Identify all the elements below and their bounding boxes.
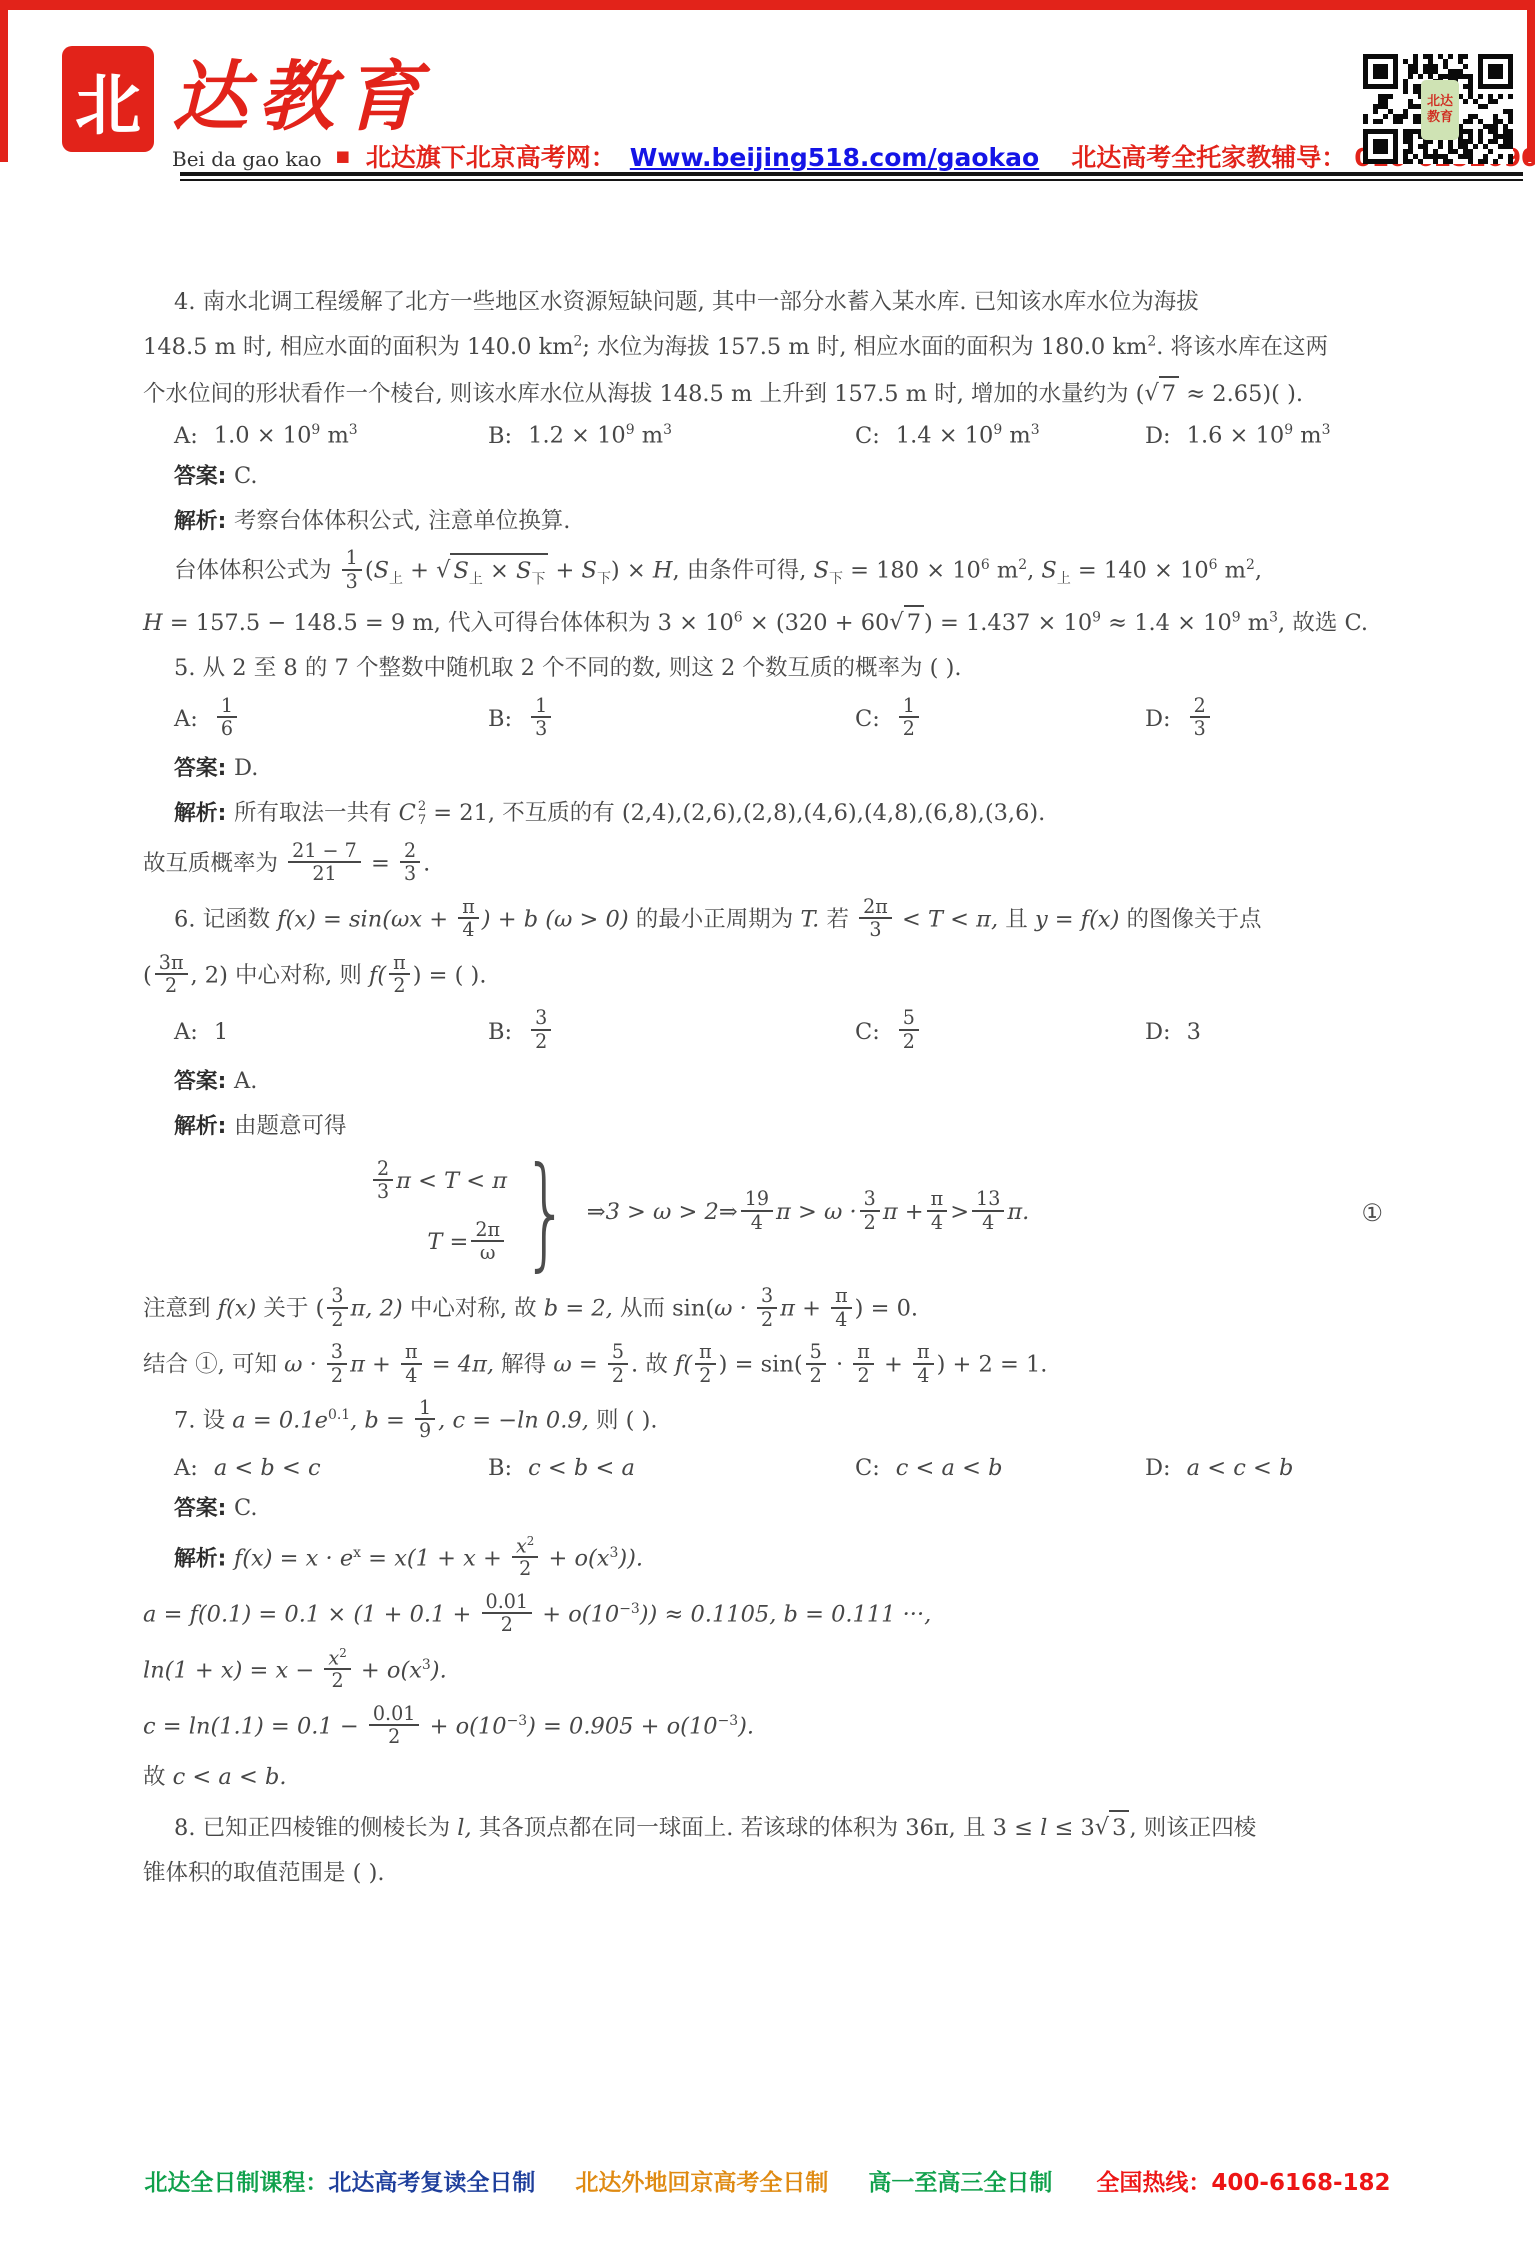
- superscript: −3: [718, 1713, 739, 1729]
- subscript: 下: [597, 571, 611, 587]
- fraction: π2: [695, 1341, 716, 1386]
- fraction-numerator: 1: [531, 695, 551, 718]
- fraction-denominator: 2: [384, 1726, 404, 1747]
- fraction: π4: [458, 896, 479, 941]
- text-run: 7. 设: [174, 1407, 232, 1433]
- page: { "header": { "logo_seal_char": "北", "lo…: [0, 0, 1535, 2244]
- math-run: S: [1041, 558, 1056, 584]
- content-line: 结合 ①, 可知 ω · 32π + π4 = 4π, 解得 ω = 52. 故…: [143, 1343, 1411, 1388]
- superscript: 2: [1246, 557, 1255, 573]
- fraction: π2: [853, 1341, 874, 1386]
- superscript: 2: [418, 800, 426, 814]
- text-run: = 21, 不互质的有 (2,4),(2,6),(2,8),(4,6),(4,8…: [426, 800, 1045, 826]
- math-run: ).: [431, 1657, 447, 1683]
- content-line: 148.5 m 时, 相应水面的面积为 140.0 km2; 水位为海拔 157…: [143, 331, 1411, 365]
- math-run: π.: [1007, 1196, 1029, 1230]
- fraction: 23: [373, 1158, 393, 1203]
- text-run: 1.4 × 10: [896, 423, 994, 449]
- sup-sub-stack: 27: [418, 800, 426, 829]
- math-run: )) ≈ 0.1105, b = 0.111 ···,: [640, 1601, 931, 1627]
- option-label: D:: [1145, 706, 1171, 732]
- fraction-numerator: 3π: [155, 952, 188, 975]
- content-line: 答案: D.: [143, 752, 1411, 786]
- math-run: ) = 0.905 + o(10: [527, 1713, 717, 1739]
- text-run: = 157.5 − 148.5 = 9 m, 代入可得台体体积为 3 × 10: [163, 610, 734, 636]
- text-run: = 180 × 10: [843, 558, 981, 584]
- right-brace-icon: }: [523, 1158, 570, 1268]
- option-value: 32: [528, 1009, 554, 1054]
- content-line: 8. 已知正四棱锥的侧棱长为 l, 其各顶点都在同一球面上. 若该球的体积为 3…: [143, 1810, 1411, 1846]
- fraction-numerator: 3: [327, 1285, 347, 1308]
- fraction-denominator: 2: [161, 975, 181, 996]
- combination-symbol: C27: [399, 797, 427, 831]
- bold-label: 解析:: [174, 1546, 234, 1571]
- text-run: . 故: [631, 1352, 675, 1378]
- fraction: 16: [217, 695, 237, 740]
- fraction-numerator: 3: [327, 1341, 347, 1364]
- bold-label: 解析:: [174, 509, 234, 534]
- math-run: S: [374, 558, 389, 584]
- option-label: C:: [855, 423, 880, 449]
- fraction-denominator: 4: [747, 1212, 767, 1233]
- superscript: 9: [311, 422, 320, 438]
- option-value: 3: [1187, 1019, 1201, 1045]
- fraction-numerator: x2: [512, 1535, 538, 1559]
- text-run: +: [548, 558, 581, 584]
- math-run: x: [516, 1534, 527, 1557]
- fraction-denominator: 2: [608, 1365, 628, 1386]
- text-run: A.: [234, 1068, 257, 1094]
- text-run: 7: [907, 610, 921, 636]
- tagline-tutoring: 北达高考全托家教辅导：: [1071, 138, 1346, 174]
- content-line: a = f(0.1) = 0.1 × (1 + 0.1 + 0.012 + o(…: [143, 1593, 1411, 1638]
- text-run: 148.5 m 时, 相应水面的面积为 140.0 km: [143, 334, 574, 360]
- text-run: m: [1218, 558, 1247, 584]
- text-run: 的最小正周期为: [629, 906, 801, 932]
- text-run: ≈ 1.4 × 10: [1101, 610, 1232, 636]
- bold-label: 答案:: [174, 1496, 234, 1521]
- fraction: 32: [327, 1285, 347, 1330]
- text-run: ) = 1.437 × 10: [924, 610, 1092, 636]
- footer-segment: 全国热线：400-6168-182: [1096, 2164, 1390, 2197]
- superscript: −3: [619, 1601, 640, 1617]
- math-run: + o(x: [541, 1545, 609, 1571]
- text-run: 其各顶点都在同一球面上. 若该球的体积为 36π, 且 3 ≤: [472, 1815, 1040, 1841]
- math-run: T.: [800, 906, 819, 932]
- fraction-denominator: 2: [899, 718, 919, 739]
- superscript: 3: [1322, 422, 1331, 438]
- footer-courses-line: 北达全日制课程：北达高考复读全日制北达外地回京高考全日制高一至高三全日制全国热线…: [0, 2164, 1535, 2197]
- superscript: 3: [663, 422, 672, 438]
- math-run: >: [950, 1196, 969, 1230]
- text-run: (: [143, 962, 152, 988]
- fraction: 12: [899, 695, 919, 740]
- math-run: a < b < c: [214, 1455, 321, 1481]
- text-run: 注意到: [143, 1296, 218, 1322]
- superscript: 3: [349, 422, 358, 438]
- text-run: =: [364, 850, 397, 876]
- fraction-numerator: 2π: [471, 1219, 504, 1242]
- fraction-denominator: 3: [1190, 718, 1210, 739]
- text-run: 中心对称, 故: [403, 1296, 544, 1322]
- option-label: C:: [855, 1019, 880, 1045]
- fraction: 32: [860, 1188, 880, 1233]
- superscript: 3: [422, 1657, 431, 1673]
- superscript: 2: [1147, 333, 1156, 349]
- option-label: B:: [488, 706, 512, 732]
- option-value: 1: [214, 1019, 228, 1045]
- option-value: 1.0 × 109 m3: [214, 422, 358, 449]
- bold-label: 答案:: [174, 464, 234, 489]
- math-run: f(x) = x · e: [234, 1545, 353, 1571]
- math-run: c = ln(1.1) = 0.1 −: [143, 1713, 366, 1739]
- fraction-numerator: π: [458, 896, 479, 919]
- fraction-denominator: 2: [327, 1365, 347, 1386]
- math-run: + o(10: [535, 1601, 619, 1627]
- option: B:1.2 × 109 m3: [488, 422, 855, 449]
- option: B:32: [488, 1009, 855, 1054]
- qr-label-bottom: 教育: [1427, 111, 1453, 125]
- text-run: .: [423, 850, 430, 876]
- math-run: + o(x: [354, 1657, 422, 1683]
- fraction-denominator: 2: [497, 1614, 517, 1635]
- fraction: 3π2: [155, 952, 188, 997]
- left-red-strip: [0, 0, 8, 162]
- math-run: c < a < b: [896, 1455, 1003, 1481]
- text-run: D.: [234, 755, 258, 781]
- option-value: 13: [528, 697, 554, 742]
- bold-label: 答案:: [174, 1069, 234, 1094]
- option: A:16: [174, 697, 488, 742]
- math-run: f(x) = sin(ωx +: [277, 906, 455, 932]
- content-line: 7. 设 a = 0.1e0.1, b = 19, c = −ln 0.9, 则…: [143, 1399, 1411, 1444]
- content-line: 台体体积公式为 13(S上 + √S上 × S下 + S下) × H, 由条件可…: [143, 549, 1411, 594]
- text-run: , 由条件可得,: [672, 558, 813, 584]
- option-label: D:: [1145, 1019, 1171, 1045]
- superscript: −3: [507, 1713, 528, 1729]
- radicand: 7: [904, 605, 924, 641]
- fraction-numerator: 2π: [859, 896, 892, 919]
- math-run: a = f(0.1) = 0.1 × (1 + 0.1 +: [143, 1601, 479, 1627]
- subscript: 上: [469, 571, 483, 587]
- content-line: 故互质概率为 21 − 721 = 23.: [143, 842, 1411, 887]
- text-run: 4. 南水北调工程缓解了北方一些地区水资源短缺问题, 其中一部分水蓄入某水库. …: [174, 289, 1199, 315]
- content-line: 个水位间的形状看作一个棱台, 则该水库水位从海拔 148.5 m 上升到 157…: [143, 376, 1411, 412]
- logo-pinyin: Bei da gao kao: [172, 147, 322, 171]
- option: A:1.0 × 109 m3: [174, 422, 488, 449]
- fraction-denominator: 3: [373, 1181, 393, 1202]
- content-line: 答案: C.: [143, 460, 1411, 494]
- option: D:a < c < b: [1145, 1455, 1411, 1481]
- math-run: π < T < π: [396, 1165, 507, 1199]
- option-value: 1.6 × 109 m3: [1187, 422, 1331, 449]
- text-run: 5. 从 2 至 8 的 7 个整数中随机取 2 个不同的数, 则这 2 个数互…: [174, 655, 962, 681]
- math-run: S: [453, 558, 468, 584]
- option-value: a < b < c: [214, 1455, 321, 1481]
- text-run: 锥体积的取值范围是 ( ).: [143, 1860, 385, 1886]
- text-run: 关于 (: [256, 1296, 324, 1322]
- fraction-denominator: 9: [415, 1420, 435, 1441]
- text-run: 所有取法一共有: [234, 800, 399, 826]
- option: A:a < b < c: [174, 1455, 488, 1481]
- qr-code: 北达 教育: [1363, 54, 1515, 166]
- fraction-numerator: x2: [324, 1647, 350, 1671]
- text-run: ) = 0.: [855, 1296, 918, 1322]
- radicand: 3: [1109, 1810, 1129, 1846]
- fraction-denominator: 2: [860, 1212, 880, 1233]
- math-run: f(: [675, 1352, 692, 1378]
- text-run: m: [320, 423, 349, 449]
- option-label: A:: [174, 706, 198, 732]
- option-value: 12: [896, 697, 922, 742]
- fraction-numerator: 19: [741, 1188, 773, 1211]
- option-label: B:: [488, 423, 512, 449]
- content-line: 锥体积的取值范围是 ( ).: [143, 1857, 1411, 1891]
- option-value: 1.4 × 109 m3: [896, 422, 1040, 449]
- bold-label: 解析:: [174, 1114, 234, 1139]
- text-run: 1.2 × 10: [528, 423, 626, 449]
- fraction-numerator: 2: [400, 840, 420, 863]
- radical-icon: √: [1095, 1811, 1109, 1845]
- math-run: π +: [780, 1296, 828, 1322]
- fraction-denominator: 2: [899, 1031, 919, 1052]
- fraction: 19: [415, 1397, 435, 1442]
- text-run: 则 ( ).: [589, 1407, 658, 1433]
- superscript: 9: [1284, 422, 1293, 438]
- math-run: S: [516, 558, 531, 584]
- option-value: a < c < b: [1187, 1455, 1294, 1481]
- fraction-numerator: 2: [1190, 695, 1210, 718]
- footer-segment: 高一至高三全日制: [868, 2164, 1052, 2197]
- fraction-denominator: 2: [757, 1309, 777, 1330]
- math-run: a < c < b: [1187, 1455, 1294, 1481]
- text-run: 的图像关于点: [1119, 906, 1261, 932]
- superscript: 9: [1232, 610, 1241, 626]
- superscript: 9: [1092, 610, 1101, 626]
- text-run: m: [1241, 610, 1270, 636]
- fraction-denominator: 2: [328, 1670, 348, 1691]
- option: D:23: [1145, 697, 1411, 742]
- superscript: 6: [1209, 557, 1218, 573]
- content-line: 答案: A.: [143, 1065, 1411, 1099]
- fraction-denominator: 2: [806, 1365, 826, 1386]
- option: B:13: [488, 697, 855, 742]
- square-root: √7: [889, 605, 924, 641]
- superscript: 9: [626, 422, 635, 438]
- option-value: 1.2 × 109 m3: [528, 422, 672, 449]
- text-run: +: [403, 558, 436, 584]
- fraction: π2: [389, 952, 410, 997]
- option-label: C:: [855, 1455, 880, 1481]
- option: C:52: [855, 1009, 1145, 1054]
- logo-seal-char: 北: [75, 52, 141, 147]
- footer-segment: 北达全日制课程：: [144, 2164, 328, 2197]
- fraction-numerator: 5: [608, 1341, 628, 1364]
- math-run: H: [143, 610, 163, 636]
- content-line: 解析: 所有取法一共有 C27 = 21, 不互质的有 (2,4),(2,6),…: [143, 797, 1411, 831]
- math-run: c < b < a: [528, 1455, 635, 1481]
- fraction-numerator: 1: [217, 695, 237, 718]
- math-run: ) + b (ω > 0): [482, 906, 629, 932]
- text-run: , 2) 中心对称, 则: [191, 962, 370, 988]
- text-run: 且: [998, 906, 1035, 932]
- text-run: = 140 × 10: [1071, 558, 1209, 584]
- options-row: A:1B:32C:52D:3: [143, 1009, 1411, 1054]
- fraction: 52: [899, 1007, 919, 1052]
- math-run: )).: [618, 1545, 643, 1571]
- math-run: < T < π,: [895, 906, 998, 932]
- options-row: A:a < b < cB:c < b < aC:c < a < bD:a < c…: [143, 1455, 1411, 1481]
- system-implication: ⇒ 3 > ω > 2 ⇒ 194π > ω · 32π + π4 > 134π…: [587, 1190, 1030, 1235]
- math-run: H: [653, 558, 673, 584]
- fraction-numerator: 0.01: [369, 1703, 420, 1726]
- fraction-numerator: 13: [972, 1188, 1004, 1211]
- content-line: 答案: C.: [143, 1492, 1411, 1526]
- text-run: 考察台体体积公式, 注意单位换算.: [234, 508, 570, 534]
- options-row: A:1.0 × 109 m3B:1.2 × 109 m3C:1.4 × 109 …: [143, 422, 1411, 449]
- text-run: , 则该正四棱: [1129, 1815, 1256, 1841]
- logo-text: 达教育: [172, 36, 430, 145]
- text-run: 1: [214, 1019, 228, 1045]
- text-run: ) + 2 = 1.: [937, 1352, 1048, 1378]
- math-run: π +: [883, 1196, 924, 1230]
- content-line: 5. 从 2 至 8 的 7 个整数中随机取 2 个不同的数, 则这 2 个数互…: [143, 652, 1411, 686]
- logo-seal: 北: [62, 46, 154, 152]
- document-body: 4. 南水北调工程缓解了北方一些地区水资源短缺问题, 其中一部分水蓄入某水库. …: [143, 286, 1411, 1902]
- text-run: C.: [234, 463, 258, 489]
- footer-segment: 北达高考复读全日制: [328, 2164, 535, 2197]
- subscript: 7: [418, 814, 426, 828]
- math-run: f(x): [218, 1296, 257, 1322]
- option-label: D:: [1145, 1455, 1171, 1481]
- option-value: 52: [896, 1009, 922, 1054]
- text-run: m: [1293, 423, 1322, 449]
- option: A:1: [174, 1019, 488, 1045]
- math-run: ).: [738, 1713, 754, 1739]
- subscript: 下: [829, 571, 843, 587]
- fraction-denominator: 4: [913, 1365, 933, 1386]
- fraction-denominator: 3: [342, 571, 362, 592]
- math-run: π > ω ·: [776, 1196, 857, 1230]
- text-run: , 故选 C.: [1278, 610, 1368, 636]
- qr-label-top: 北达: [1427, 95, 1453, 109]
- option: B:c < b < a: [488, 1455, 855, 1481]
- fraction: x22: [512, 1535, 538, 1580]
- text-run: 1.6 × 10: [1187, 423, 1285, 449]
- fraction-denominator: ω: [476, 1242, 500, 1263]
- math-run: = x(1 + x +: [361, 1545, 509, 1571]
- fraction: 134: [972, 1188, 1004, 1233]
- text-run: 1.0 × 10: [214, 423, 312, 449]
- fraction-denominator: 2: [853, 1365, 873, 1386]
- fraction-numerator: 5: [899, 1007, 919, 1030]
- fraction: 52: [806, 1341, 826, 1386]
- math-run: a = 0.1e: [232, 1407, 328, 1433]
- text-run: ,: [1255, 558, 1262, 584]
- fraction-denominator: 4: [401, 1365, 421, 1386]
- option-label: A:: [174, 423, 198, 449]
- text-run: 由题意可得: [234, 1113, 347, 1139]
- text-run: ·: [829, 1352, 850, 1378]
- content-line: c = ln(1.1) = 0.1 − 0.012 + o(10−3) = 0.…: [143, 1705, 1411, 1750]
- fraction: 32: [327, 1341, 347, 1386]
- text-run: 个水位间的形状看作一个棱台, 则该水库水位从海拔 148.5 m 上升到 157…: [143, 381, 1144, 407]
- content-line: 注意到 f(x) 关于 (32π, 2) 中心对称, 故 b = 2, 从而 s…: [143, 1287, 1411, 1332]
- fraction-denominator: 2: [389, 975, 409, 996]
- fraction-denominator: 4: [458, 919, 478, 940]
- math-run: f(: [369, 962, 386, 988]
- text-run: ) = sin(: [719, 1352, 803, 1378]
- radical-icon: √: [889, 606, 903, 640]
- math-run: 3 > ω > 2: [606, 1196, 719, 1230]
- content-line: 6. 记函数 f(x) = sin(ωx + π4) + b (ω > 0) 的…: [143, 898, 1411, 943]
- option-label: C:: [855, 706, 880, 732]
- option: C:1.4 × 109 m3: [855, 422, 1145, 449]
- text-run: 故: [143, 1764, 173, 1790]
- red-square-bullet-icon: ■: [336, 147, 350, 165]
- text-run: 3: [1187, 1019, 1201, 1045]
- fraction: 2π3: [859, 896, 892, 941]
- text-run: 6. 记函数: [174, 906, 277, 932]
- fraction-denominator: 3: [865, 919, 885, 940]
- fraction: 0.012: [369, 1703, 420, 1748]
- text-run: +: [877, 1352, 910, 1378]
- superscript: 2: [527, 1534, 535, 1548]
- fraction-denominator: 2: [531, 1031, 551, 1052]
- math-run: = 4π,: [425, 1352, 494, 1378]
- math-run: ω =: [553, 1352, 605, 1378]
- subscript: 上: [1057, 571, 1071, 587]
- gaokao-link[interactable]: Www.beijing518.com/gaokao: [630, 143, 1039, 172]
- content-line: (3π2, 2) 中心对称, 则 f(π2) = ( ).: [143, 954, 1411, 999]
- top-red-bar: [0, 0, 1535, 10]
- text-run: 若: [819, 906, 856, 932]
- system-row: T = 2πω: [427, 1221, 507, 1266]
- tagline-site: 北达旗下北京高考网：: [366, 138, 616, 174]
- fraction-denominator: 3: [400, 863, 420, 884]
- fraction: 0.012: [482, 1591, 533, 1636]
- square-root: √3: [1095, 1810, 1130, 1846]
- square-root: √S上 × S下: [436, 553, 548, 590]
- content-line: 4. 南水北调工程缓解了北方一些地区水资源短缺问题, 其中一部分水蓄入某水库. …: [143, 286, 1411, 320]
- option-value: c < b < a: [528, 1455, 635, 1481]
- fraction-denominator: 4: [978, 1212, 998, 1233]
- square-root: √7: [1144, 376, 1179, 412]
- text-run: (: [365, 558, 374, 584]
- radicand: S上 × S下: [450, 553, 548, 590]
- superscript: 6: [981, 557, 990, 573]
- fraction-numerator: π: [389, 952, 410, 975]
- fraction-numerator: 3: [531, 1007, 551, 1030]
- text-run: 台体体积公式为: [174, 558, 339, 584]
- math-run: , b =: [350, 1407, 412, 1433]
- math-run: ω ·: [284, 1352, 324, 1378]
- fraction-numerator: π: [927, 1188, 948, 1211]
- superscript: x: [353, 1545, 361, 1561]
- text-run: 故互质概率为: [143, 850, 285, 876]
- math-run: ω ·: [714, 1296, 754, 1322]
- content-line: 解析: 由题意可得: [143, 1110, 1411, 1144]
- text-run: ⇒: [587, 1196, 606, 1230]
- fraction-denominator: 2: [515, 1558, 535, 1579]
- text-run: 7: [1162, 381, 1176, 407]
- text-run: ) = ( ).: [413, 962, 487, 988]
- fraction-numerator: 3: [757, 1285, 777, 1308]
- header-divider: [180, 172, 1523, 181]
- equation-tag: ①: [1361, 1195, 1411, 1231]
- option: C:c < a < b: [855, 1455, 1145, 1481]
- math-run: c < a < b.: [173, 1764, 287, 1790]
